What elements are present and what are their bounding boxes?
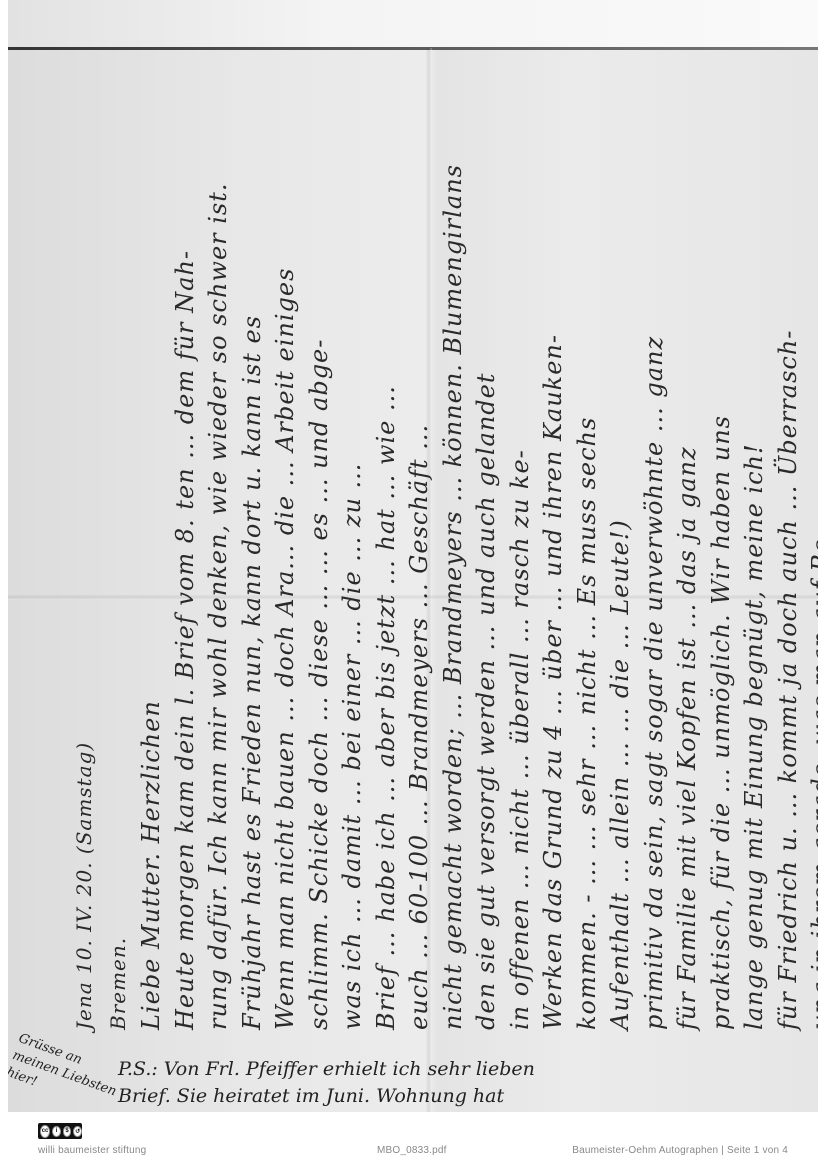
cc-by-nc-sa-icon[interactable]: cc i $ ↺	[38, 1123, 82, 1139]
cc-icon: cc	[40, 1125, 50, 1138]
letter-line: Aufenthalt ... allein ... ... die ... Le…	[604, 50, 638, 1030]
postscript: P.S.: Von Frl. Pfeiffer erhielt ich sehr…	[118, 1056, 535, 1110]
letter-line: primitiv da sein, sagt sogar die unverwö…	[638, 50, 672, 1030]
letter-line: lange genug mit Einung begnügt, meine ic…	[738, 50, 772, 1030]
sa-icon: ↺	[73, 1126, 82, 1137]
letter-line: nicht gemacht worden; ... Brandmeyers ..…	[437, 50, 471, 1030]
letter-date-heading: Jena 10. IV. 20. (Samstag)	[68, 50, 102, 1030]
letter-body-rotated: Jena 10. IV. 20. (Samstag) Bremen. Liebe…	[68, 50, 818, 1030]
letter-line: für Familie mit viel Kopfen ist ... das …	[671, 50, 705, 1030]
letter-lines: Liebe Mutter. HerzlichenHeute morgen kam…	[135, 50, 818, 1030]
letter-line: schlimm. Schicke doch ... diese ... ... …	[303, 50, 337, 1030]
letter-line: Liebe Mutter. Herzlichen	[135, 50, 169, 1030]
letter-line: rung dafür. Ich kann mir wohl denken, wi…	[202, 50, 236, 1030]
postscript-line: P.S.: Von Frl. Pfeiffer erhielt ich sehr…	[118, 1056, 535, 1083]
letter-line: kommen. - ... ... sehr ... nicht ... Es …	[571, 50, 605, 1030]
letter-line: Wenn man nicht bauen ... doch Ara... die…	[269, 50, 303, 1030]
letter-line: ung in ihrem gerade, was man auf Be-	[805, 50, 818, 1030]
letter-scan-image: Jena 10. IV. 20. (Samstag) Bremen. Liebe…	[8, 0, 818, 1112]
letter-line: Brief ... habe ich ... aber bis jetzt ..…	[370, 50, 404, 1030]
nc-icon: $	[63, 1126, 72, 1137]
letter-line: Heute morgen kam dein l. Brief vom 8. te…	[169, 50, 203, 1030]
scan-top-margin	[8, 0, 818, 48]
letter-line: praktisch, für die ... unmöglich. Wir ha…	[705, 50, 739, 1030]
postscript-line: Brief. Sie heiratet im Juni. Wohnung hat	[118, 1083, 535, 1110]
page-footer: cc i $ ↺ willi baumeister stiftung MBO_0…	[0, 1120, 826, 1169]
letter-line: in offenen ... nicht ... überall ... ras…	[504, 50, 538, 1030]
organization-name: willi baumeister stiftung	[38, 1145, 146, 1156]
letter-line: für Friedrich u. ... kommt ja doch auch …	[772, 50, 806, 1030]
by-icon: i	[52, 1126, 61, 1137]
margin-note: Grüsse an meinen Liebsten hier!	[8, 1030, 125, 1112]
letter-line: den sie gut versorgt werden ... und auch…	[470, 50, 504, 1030]
collection-page-info: Baumeister-Oehm Autographen | Seite 1 vo…	[572, 1145, 788, 1156]
letter-line: Frühjahr hast es Frieden nun, kann dort …	[236, 50, 270, 1030]
letter-line: euch ... 60-100 ... Brandmeyers ... Gesc…	[403, 50, 437, 1030]
letter-line: Werken das Grund zu 4 ... über ... und i…	[537, 50, 571, 1030]
file-name: MBO_0833.pdf	[377, 1145, 447, 1156]
letter-place: Bremen.	[102, 50, 136, 1030]
letter-line: was ich ... damit ... bei einer ... die …	[336, 50, 370, 1030]
